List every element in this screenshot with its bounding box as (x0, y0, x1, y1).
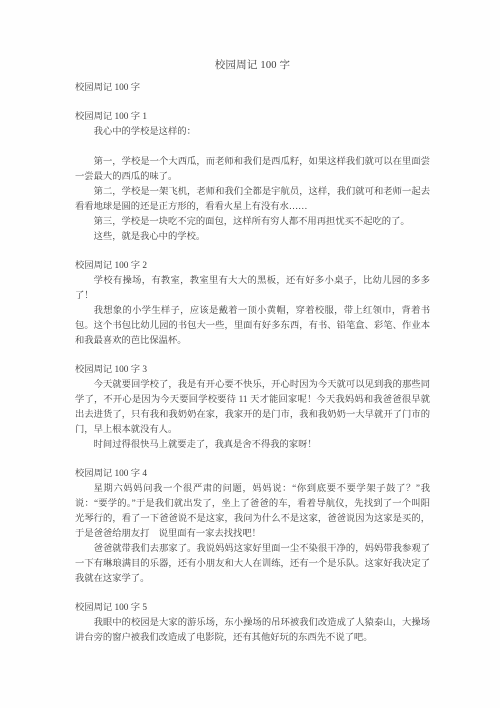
section-heading: 校园周记 100 字 2 (75, 259, 430, 274)
paragraph: 今天就要回学校了，我是有开心要不快乐，开心时因为今天就可以见到我的那些同学了，不… (75, 378, 430, 438)
section-heading: 校园周记 100 字 4 (75, 467, 430, 482)
essay-section-3: 校园周记 100 字 3 今天就要回学校了，我是有开心要不快乐，开心时因为今天就… (75, 363, 430, 453)
paragraph: 学校有操场，有教室，教室里有大大的黑板，还有好多小桌子，比幼儿园的多多了！ (75, 274, 430, 304)
essay-section-5: 校园周记 100 字 5 我眼中的校园是大家的游乐场，东小操场的吊环被我们改造成… (75, 601, 430, 646)
paragraph-blank (75, 140, 430, 155)
paragraph: 这些，就是我心中的学校。 (75, 230, 430, 245)
paragraph: 我心中的学校是这样的： (75, 125, 430, 140)
essay-section-1: 校园周记 100 字 1 我心中的学校是这样的： 第一，学校是一个大西瓜，而老师… (75, 110, 430, 245)
paragraph: 时间过得很快马上就要走了，我真是舍不得我的家呀！ (75, 438, 430, 453)
paragraph: 第二，学校是一架飞机，老师和我们全都是宇航员，这样，我们就可和老师一起去看看地球… (75, 185, 430, 215)
section-heading: 校园周记 100 字 5 (75, 601, 430, 616)
page-title: 校园周记 100 字 (75, 58, 430, 73)
paragraph: 我眼中的校园是大家的游乐场，东小操场的吊环被我们改造成了人猿泰山，大操场讲台旁的… (75, 616, 430, 646)
paragraph: 星期六妈妈问我一个很严肃的问题，妈妈说：“你到底要不要学架子鼓了？”我说：“要学… (75, 482, 430, 542)
paragraph: 我想象的小学生样子，应该是戴着一顶小黄帽，穿着校服，带上红领巾，背着书包。这个书… (75, 304, 430, 349)
essay-section-2: 校园周记 100 字 2 学校有操场，有教室，教室里有大大的黑板，还有好多小桌子… (75, 259, 430, 349)
essay-section-4: 校园周记 100 字 4 星期六妈妈问我一个很严肃的问题，妈妈说：“你到底要不要… (75, 467, 430, 587)
section-heading: 校园周记 100 字 1 (75, 110, 430, 125)
document-subtitle: 校园周记 100 字 (75, 81, 430, 96)
paragraph: 第三，学校是一块吃不完的面包，这样所有穷人都不用再担忧买不起吃的了。 (75, 215, 430, 230)
document-page: 校园周记 100 字 校园周记 100 字 校园周记 100 字 1 我心中的学… (0, 0, 500, 708)
paragraph: 第一，学校是一个大西瓜，而老师和我们是西瓜籽，如果这样我们就可以在里面尝一尝最大… (75, 155, 430, 185)
section-heading: 校园周记 100 字 3 (75, 363, 430, 378)
paragraph: 爸爸就带我们去那家了。我说妈妈这家好里面一尘不染很干净的，妈妈带我参观了一下有琳… (75, 542, 430, 587)
